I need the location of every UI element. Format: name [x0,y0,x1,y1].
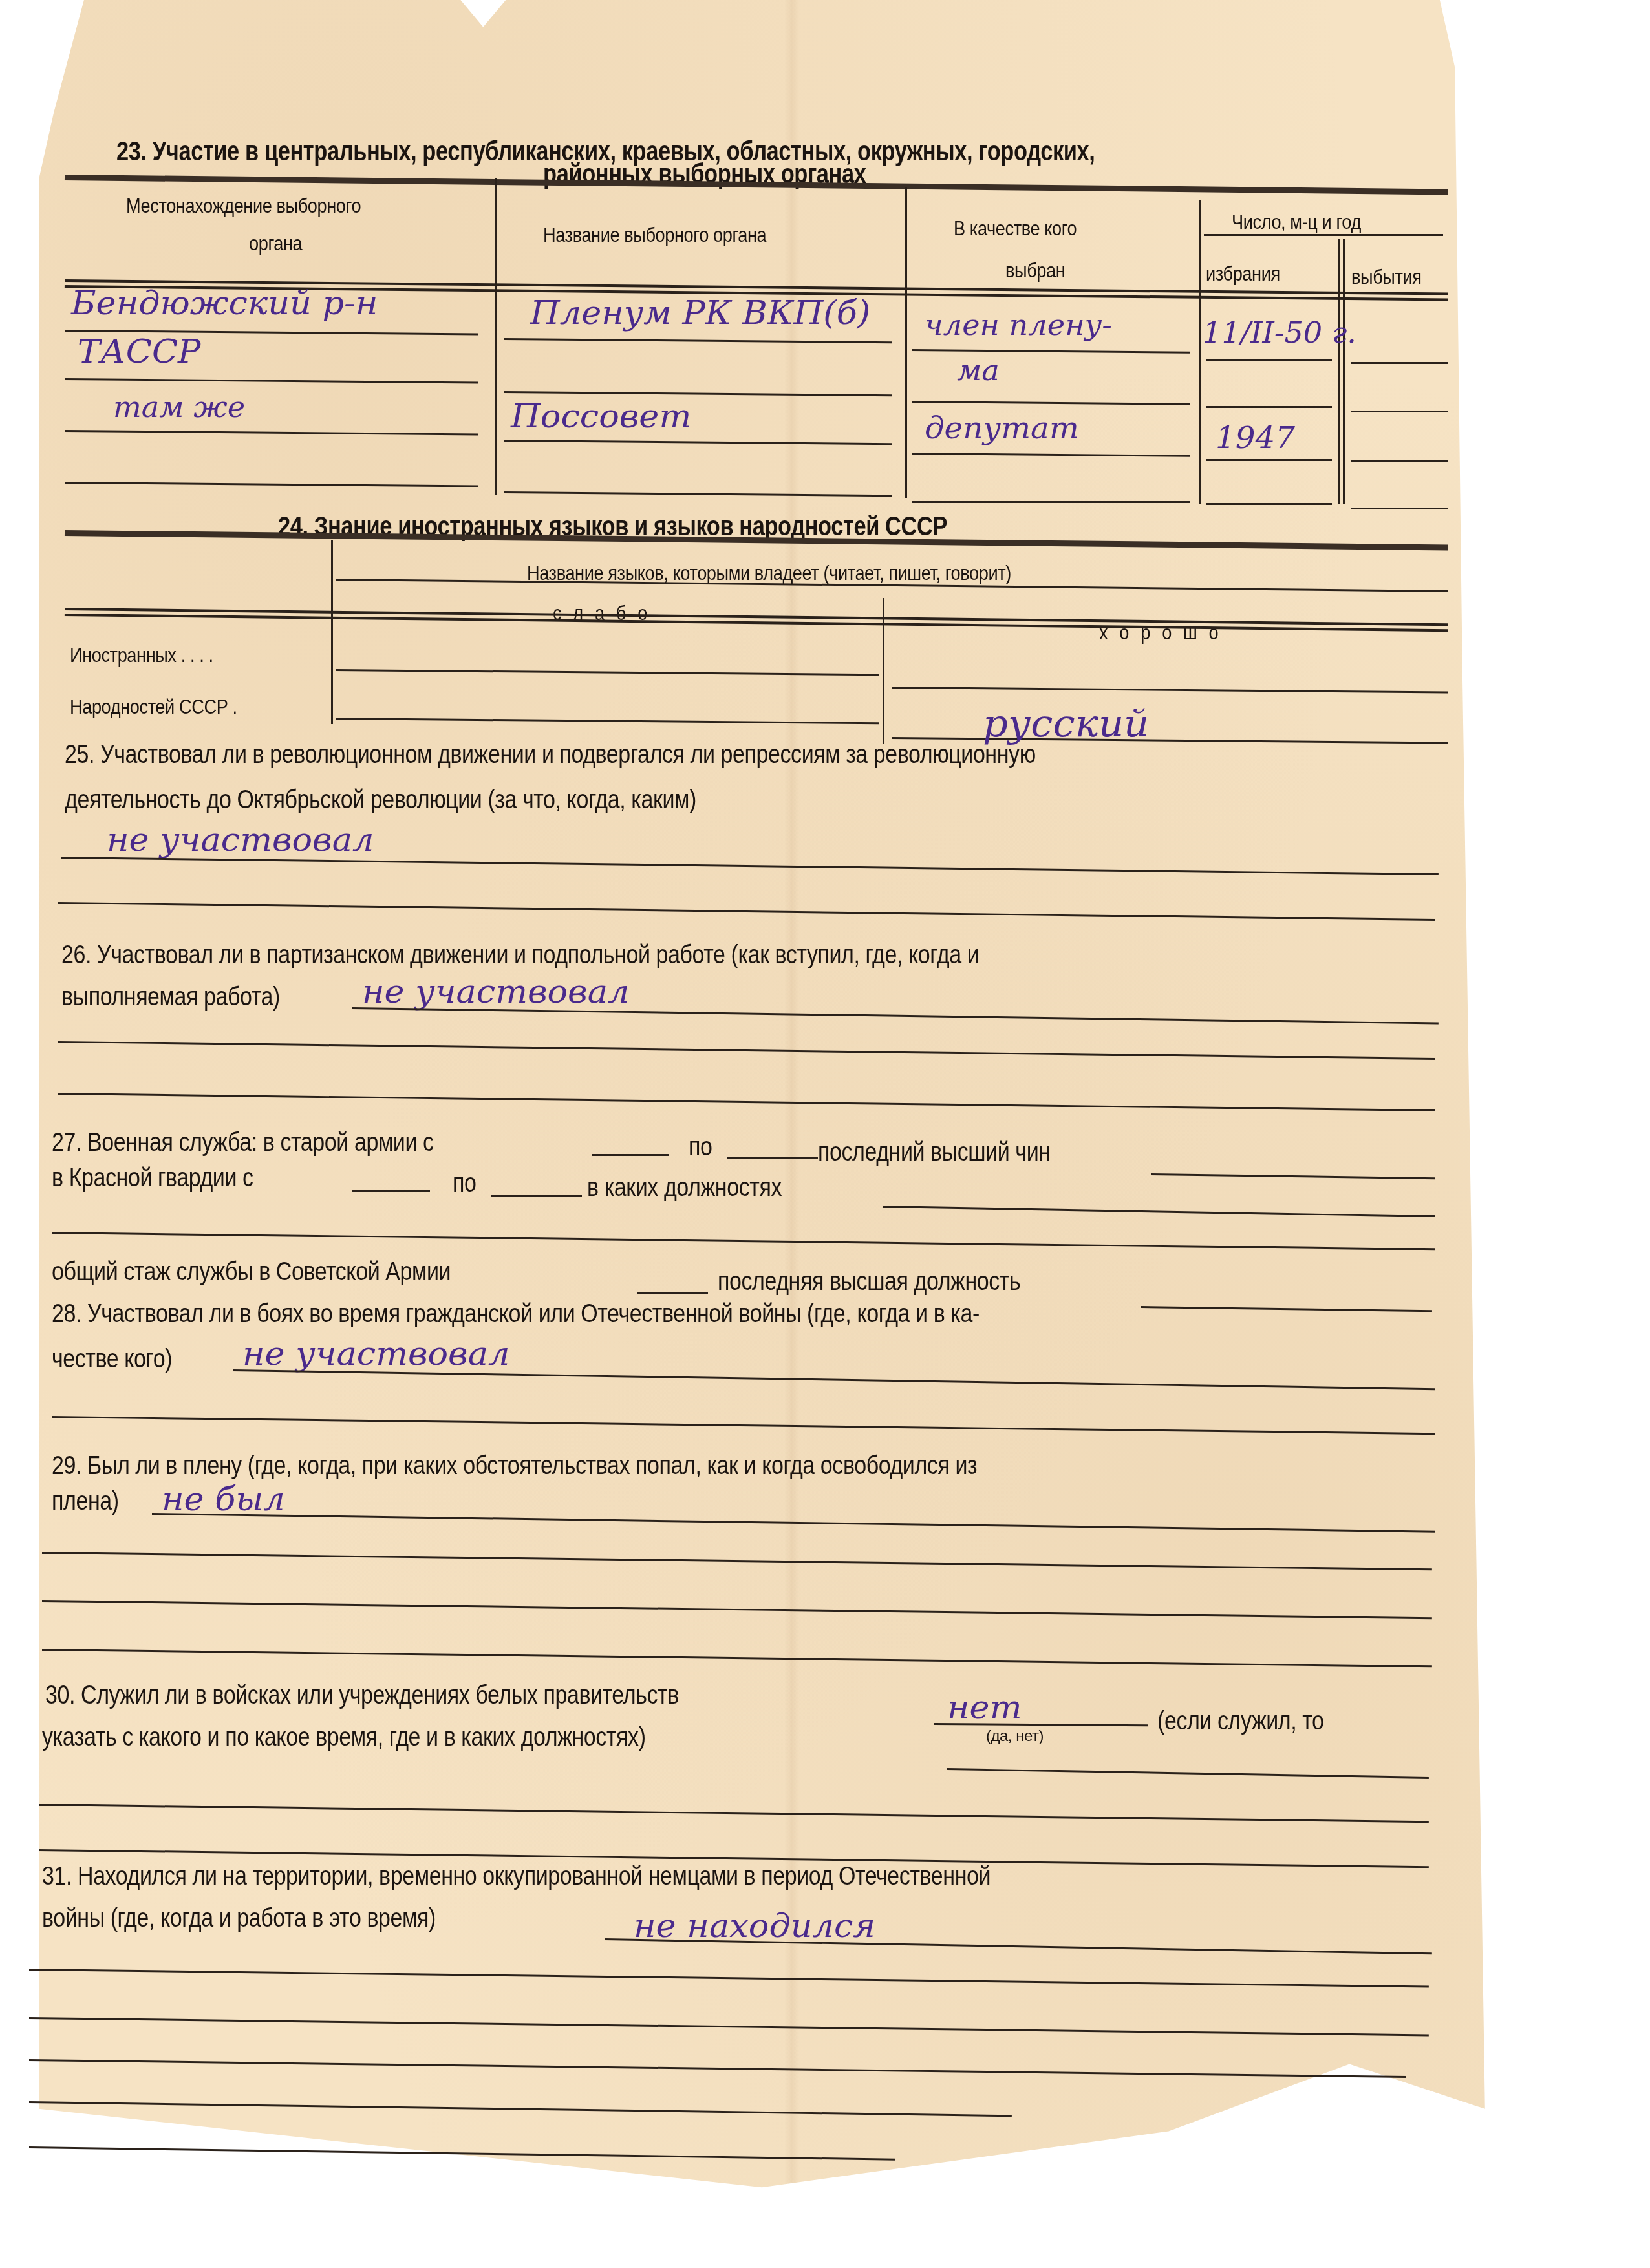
table-divider [1338,239,1340,504]
answer-line [52,1232,1435,1250]
soviet-army-position-field[interactable] [1141,1306,1432,1312]
row1-role-cont: ма [957,354,1000,387]
answer-line [233,1369,1435,1390]
section27-line1-label: 27. Военная служба: в старой армии с [52,1128,434,1157]
answer-line [947,1768,1429,1779]
answer-line [29,2146,895,2161]
section28-question-cont: честве кого) [52,1345,172,1374]
section25-question: 25. Участвовал ли в революционном движен… [65,740,1036,769]
answer-line [61,857,1439,875]
section27-line3-position: последняя высшая должность [718,1267,1020,1296]
row-rule [912,501,1190,503]
row-rule [1206,459,1332,461]
answer-line [58,1041,1435,1060]
section28-answer: не участвовал [242,1335,509,1373]
old-army-to-field[interactable] [727,1157,818,1159]
table-divider [331,540,333,724]
answer-line [29,2017,1429,2036]
col-left-header: выбытия [1351,265,1422,289]
section25-question-cont: деятельность до Октябрьской революции (з… [65,786,696,815]
answer-line [352,1007,1439,1024]
section27-line1-rank: последний высший чин [818,1138,1051,1167]
row-rule [1206,406,1332,408]
answer-line [152,1513,1435,1533]
row1-location: Бендюжский р-н [71,284,378,322]
section30-question-cont: указать с какого и по какое время, где и… [42,1723,646,1752]
row2-role: депутат [925,411,1079,445]
row-rule [336,718,879,724]
questionnaire-page: 23. Участие в центральных, республиканск… [0,0,1650,2268]
answer-line [42,1600,1432,1619]
row-rule [912,401,1190,405]
answer-line [42,1649,1432,1667]
section30-hint: (да, нет) [986,1728,1044,1746]
lang-header-rule [65,608,1448,626]
col-role-header: В качестве кого [954,217,1077,241]
answer-line [29,1969,1429,1987]
old-army-rank-field[interactable] [1151,1173,1435,1179]
row-rule [912,453,1190,457]
col-location-header-cont: органа [249,231,302,255]
row-rule [1351,362,1448,364]
row-foreign-label: Иностранных . . . . [70,643,213,667]
answer-line [29,2059,1406,2078]
row-rule [65,482,478,487]
row2-location: там же [113,391,245,424]
section26-question: 26. Участвовал ли в партизанском движени… [61,941,979,970]
row-rule [1351,411,1448,412]
col-elected-header: избрания [1206,262,1280,286]
red-guard-to-field[interactable] [491,1195,582,1197]
section27-line2-label: в Красной гвардии с [52,1164,253,1193]
row2-organ: Поссовет [511,398,691,435]
answer-line [58,1093,1435,1111]
row-rule [1206,359,1332,361]
section29-answer: не был [162,1481,285,1518]
section31-question: 31. Находился ли на территории, временно… [42,1862,991,1891]
section27-line1-to: по [689,1133,712,1162]
ussr-good-value: русский [983,701,1149,745]
row-rule [504,338,892,343]
answer-line [42,1552,1432,1570]
section29-question: 29. Был ли в плену (где, когда, при каки… [52,1451,977,1481]
col-date-header: Число, м-ц и год [1232,210,1361,234]
section30-answer: нет [947,1689,1022,1726]
row1-elected: 11/II-50 г. [1203,317,1356,350]
red-guard-positions-field[interactable] [883,1206,1435,1217]
section27-line3-label: общий стаж службы в Советской Армии [52,1257,451,1287]
row-rule [504,491,892,497]
answer-line [29,2101,1012,2117]
row1-role: член плену- [925,309,1112,342]
col-role-header-cont: выбран [1005,259,1065,283]
row-rule [65,430,478,436]
row2-elected: 1947 [1216,420,1295,455]
row-ussr-label: Народностей СССР . [70,695,237,719]
row-rule [504,440,892,445]
section29-question-cont: плена) [52,1487,119,1516]
section25-answer: не участвовал [107,821,374,859]
table-divider [905,187,907,498]
old-army-from-field[interactable] [592,1154,669,1156]
section30-question: 30. Служил ли в войсках или учреждениях … [45,1681,679,1710]
row-rule [892,687,1448,694]
section30-question-end: (если служил, то [1157,1707,1323,1736]
section31-question-cont: войны (где, когда и работа в это время) [42,1904,436,1933]
col-location-header: Местонахождение выборного [126,194,361,218]
section26-question-cont: выполняемая работа) [61,983,280,1012]
answer-line [58,902,1435,921]
row-rule [1206,503,1332,505]
table-divider [883,598,884,744]
row1-organ: Пленум РК ВКП(б) [530,294,870,332]
col-name-header: Название выборного органа [543,223,766,247]
answer-line [52,1416,1435,1435]
table-divider [495,178,497,495]
section28-question: 28. Участвовал ли в боях во время гражда… [52,1300,980,1329]
row-rule [65,378,478,384]
section27-line2-to: по [453,1169,476,1198]
row-rule [912,349,1190,354]
date-header-rule [1204,234,1443,236]
col-good-header: х о р о ш о [1099,621,1222,645]
row-rule [504,391,892,396]
table-divider [1199,200,1201,504]
section26-answer: не участвовал [362,973,629,1011]
soviet-army-tenure-field[interactable] [637,1292,708,1294]
row-rule [1351,508,1448,509]
row-rule [336,669,879,676]
answer-line [39,1804,1429,1823]
row-rule [1351,460,1448,462]
red-guard-from-field[interactable] [352,1190,430,1192]
row1-location-cont: ТАССР [78,333,200,370]
answer-line [605,1938,1432,1954]
section27-line2-positions: в каких должностях [587,1173,782,1203]
